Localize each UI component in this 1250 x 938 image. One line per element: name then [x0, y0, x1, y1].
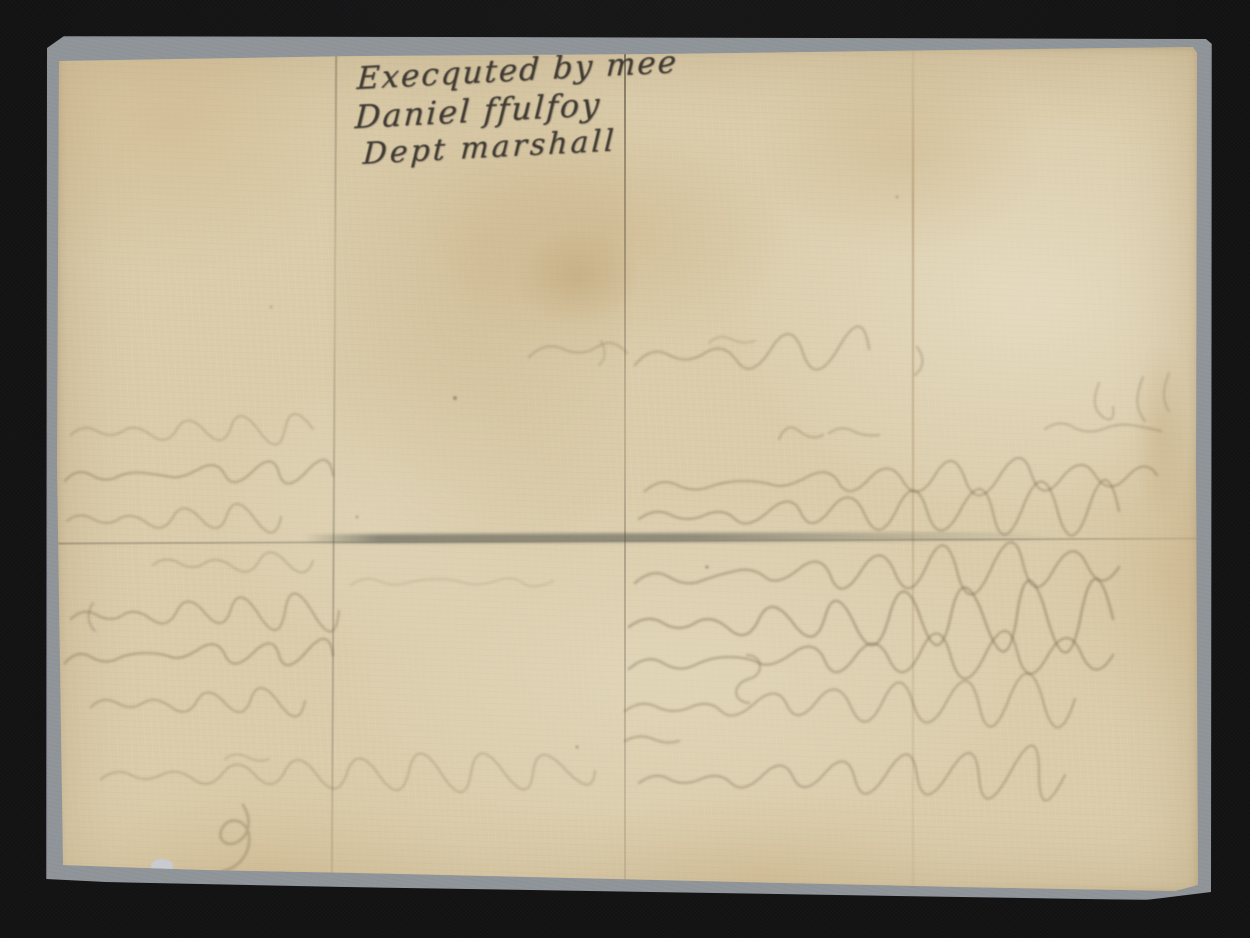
bleed-through-strokes [65, 326, 1169, 871]
ink-specks [270, 196, 899, 749]
ink-inscription: Execquted by mee Daniel ffulfoy Dept mar… [356, 44, 683, 173]
manuscript-verso-page: Execquted by mee Daniel ffulfoy Dept mar… [57, 47, 1198, 893]
bleed-through-writing [57, 47, 1198, 893]
photo-backdrop: Execquted by mee Daniel ffulfoy Dept mar… [0, 0, 1250, 938]
